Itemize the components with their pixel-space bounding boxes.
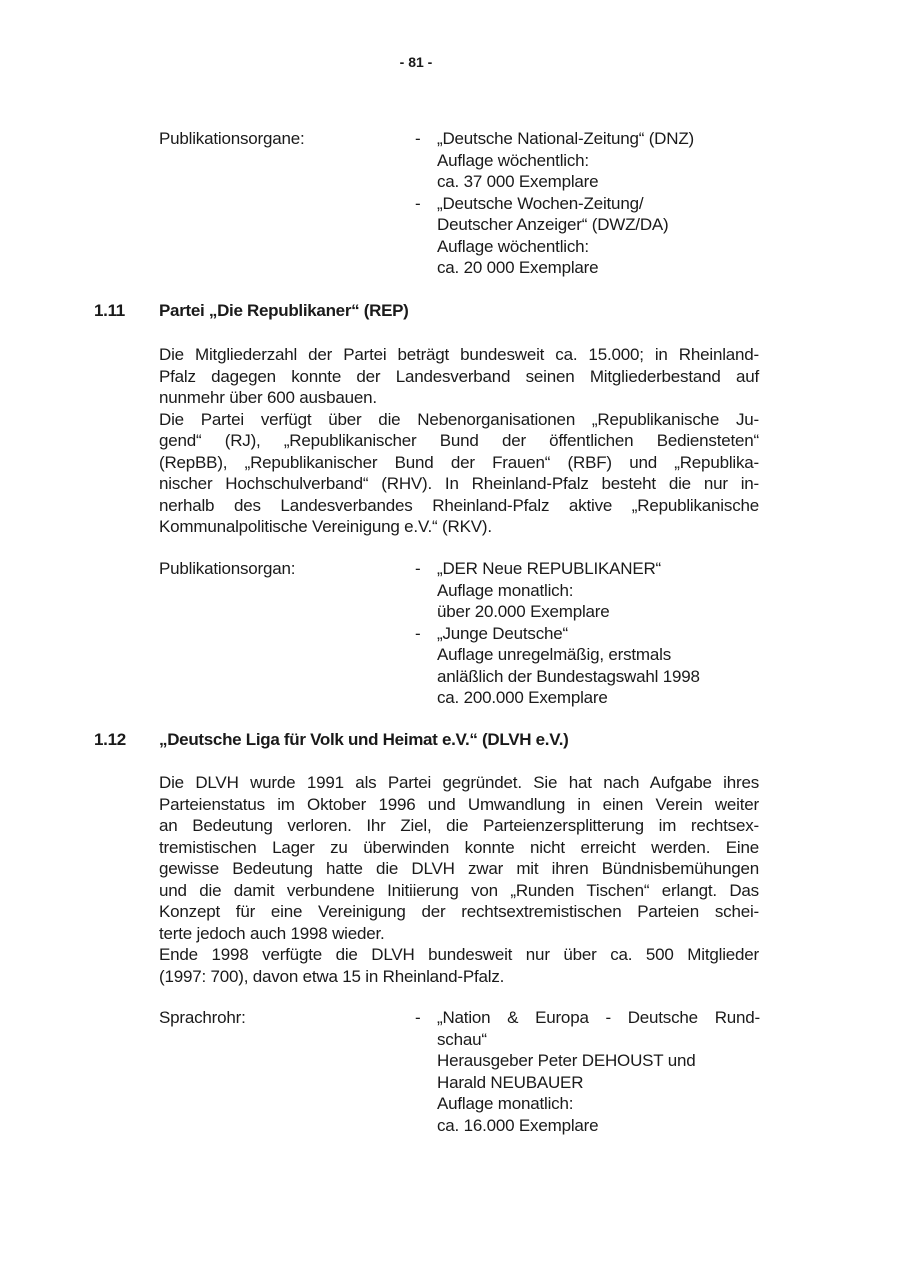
publication-line: Deutscher Anzeiger“ (DWZ/DA): [437, 214, 760, 236]
publication-line: Herausgeber Peter DEHOUST und: [437, 1050, 760, 1072]
publication-line: „DER Neue REPUBLIKANER“: [437, 558, 760, 580]
publication-line: Auflage monatlich:: [437, 580, 760, 602]
publication-list: -„Nation & Europa - Deutsche Rund-schau“…: [415, 1007, 760, 1136]
publication-line: anläßlich der Bundestagswahl 1998: [437, 666, 760, 688]
publication-item: -„Deutsche National-Zeitung“ (DNZ)Auflag…: [415, 128, 760, 193]
publication-line: Auflage unregelmäßig, erstmals: [437, 644, 760, 666]
page-number: - 81 -: [0, 54, 832, 70]
dash-bullet-icon: -: [415, 193, 420, 215]
publication-item: -„DER Neue REPUBLIKANER“Auflage monatlic…: [415, 558, 760, 623]
paragraph-line: nischer Hochschulverband“ (RHV). In Rhei…: [159, 473, 759, 495]
publication-line: „Deutsche Wochen-Zeitung/: [437, 193, 760, 215]
paragraph-line: (1997: 700), davon etwa 15 in Rheinland-…: [159, 966, 759, 988]
paragraph-line: Pfalz dagegen konnte der Landesverband s…: [159, 366, 759, 388]
publication-line: ca. 37 000 Exemplare: [437, 171, 760, 193]
publication-line: Auflage wöchentlich:: [437, 150, 760, 172]
publication-list: -„Deutsche National-Zeitung“ (DNZ)Auflag…: [415, 128, 760, 279]
section-number: 1.12: [94, 729, 159, 751]
section-number: 1.11: [94, 300, 159, 322]
dash-bullet-icon: -: [415, 623, 420, 645]
publication-label: Publikationsorgane:: [159, 128, 305, 150]
publication-label: Publikationsorgan:: [159, 558, 295, 580]
section-heading-dlvh: 1.12„Deutsche Liga für Volk und Heimat e…: [94, 729, 569, 751]
publication-line: ca. 20 000 Exemplare: [437, 257, 760, 279]
paragraph-line: Parteienstatus im Oktober 1996 und Umwan…: [159, 794, 759, 816]
section-heading-rep: 1.11Partei „Die Republikaner“ (REP): [94, 300, 409, 322]
publication-list: -„DER Neue REPUBLIKANER“Auflage monatlic…: [415, 558, 760, 709]
publication-line: Auflage wöchentlich:: [437, 236, 760, 258]
paragraph-line: an Bedeutung verloren. Ihr Ziel, die Par…: [159, 815, 759, 837]
section-title: Partei „Die Republikaner“ (REP): [159, 301, 409, 320]
paragraph-dlvh: Die DLVH wurde 1991 als Partei gegründet…: [159, 772, 759, 987]
publication-line: „Deutsche National-Zeitung“ (DNZ): [437, 128, 760, 150]
paragraph-line: tremistischen Lager zu überwinden konnte…: [159, 837, 759, 859]
paragraph-line: Die Partei verfügt über die Nebenorganis…: [159, 409, 759, 431]
paragraph-line: terte jedoch auch 1998 wieder.: [159, 923, 759, 945]
publication-line: Auflage monatlich:: [437, 1093, 760, 1115]
dash-bullet-icon: -: [415, 1007, 420, 1029]
paragraph-line: (RepBB), „Republikanischer Bund der Frau…: [159, 452, 759, 474]
section-title: „Deutsche Liga für Volk und Heimat e.V.“…: [159, 730, 569, 749]
dash-bullet-icon: -: [415, 558, 420, 580]
publication-line: „Nation & Europa - Deutsche Rund-: [437, 1007, 760, 1029]
paragraph-line: Die Mitgliederzahl der Partei beträgt bu…: [159, 344, 759, 366]
publication-item: -„Nation & Europa - Deutsche Rund-schau“…: [415, 1007, 760, 1136]
paragraph-line: Kommunalpolitische Vereinigung e.V.“ (RK…: [159, 516, 759, 538]
paragraph-line: gewisse Bedeutung hatte die DLVH zwar mi…: [159, 858, 759, 880]
publication-line: ca. 200.000 Exemplare: [437, 687, 760, 709]
publication-line: ca. 16.000 Exemplare: [437, 1115, 760, 1137]
paragraph-rep: Die Mitgliederzahl der Partei beträgt bu…: [159, 344, 759, 538]
publication-item: -„Deutsche Wochen-Zeitung/Deutscher Anze…: [415, 193, 760, 279]
paragraph-line: und die damit verbundene Initiierung von…: [159, 880, 759, 902]
publication-item: -„Junge Deutsche“Auflage unregelmäßig, e…: [415, 623, 760, 709]
publication-line: schau“: [437, 1029, 760, 1051]
paragraph-line: Die DLVH wurde 1991 als Partei gegründet…: [159, 772, 759, 794]
publication-label: Sprachrohr:: [159, 1007, 246, 1029]
paragraph-line: nerhalb des Landesverbandes Rheinland-Pf…: [159, 495, 759, 517]
paragraph-line: nunmehr über 600 ausbauen.: [159, 387, 759, 409]
publication-line: „Junge Deutsche“: [437, 623, 760, 645]
publication-line: Harald NEUBAUER: [437, 1072, 760, 1094]
paragraph-line: Konzept für eine Vereinigung der rechtse…: [159, 901, 759, 923]
publication-line: über 20.000 Exemplare: [437, 601, 760, 623]
dash-bullet-icon: -: [415, 128, 420, 150]
paragraph-line: gend“ (RJ), „Republikanischer Bund der ö…: [159, 430, 759, 452]
paragraph-line: Ende 1998 verfügte die DLVH bundesweit n…: [159, 944, 759, 966]
